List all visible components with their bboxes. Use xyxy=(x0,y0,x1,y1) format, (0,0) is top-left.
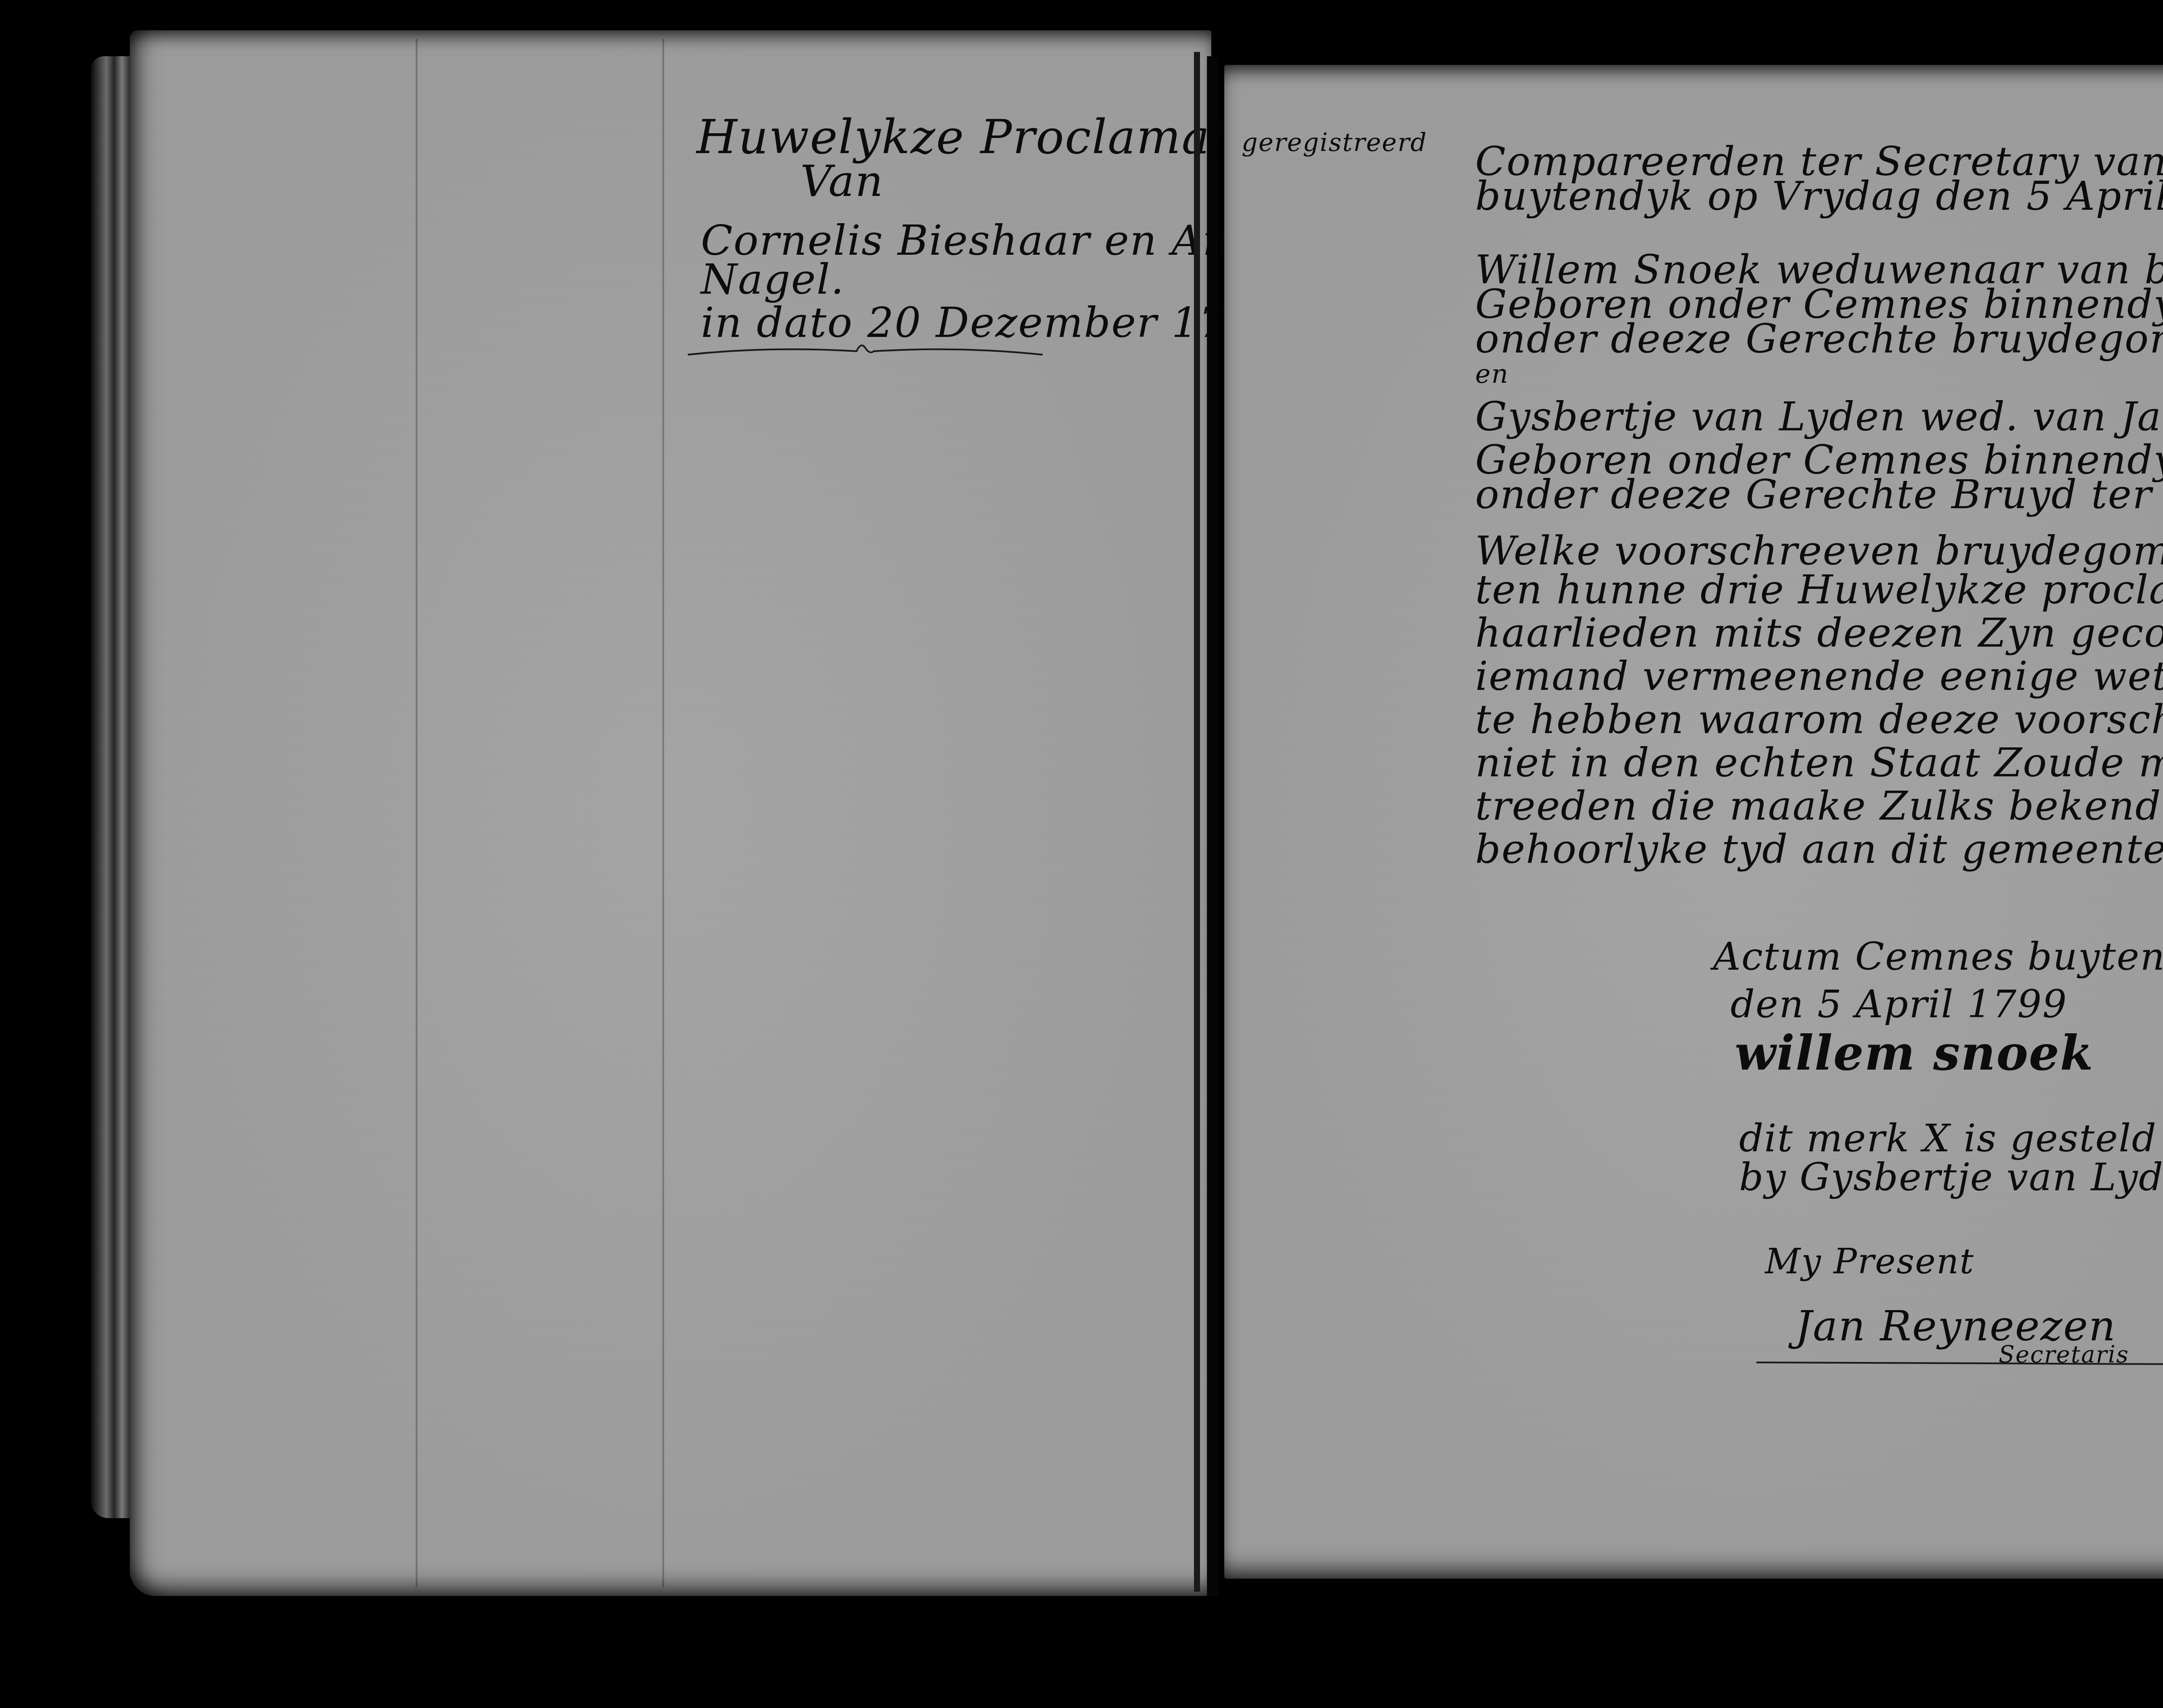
body-line: treeden die maake Zulks bekend binnen xyxy=(1475,783,2163,829)
body-line: onder deeze Gerechte Bruyd ter ander Zyd… xyxy=(1475,471,2163,518)
proclamation-title: Huwelykze Proclamatie xyxy=(696,110,1274,164)
witness-label: My Present xyxy=(1765,1241,1974,1282)
bride-mark-by: by Gysbertje van Lyden xyxy=(1739,1155,2163,1199)
paper-fold-line xyxy=(415,39,418,1587)
proclamation-van: Van xyxy=(800,156,884,206)
closing-place: Actum Cemnes buytendyk xyxy=(1713,934,2163,979)
flourish-divider-icon xyxy=(684,342,1047,359)
bride-mark-line: dit merk X is gesteld xyxy=(1739,1116,2157,1160)
body-line: Gysbertje van Lyden wed. van Jan van iss… xyxy=(1475,394,2163,440)
margin-note-registered: geregistreerd xyxy=(1242,128,1427,157)
signature-underline-icon xyxy=(1756,1354,2163,1371)
closing-date: den 5 April 1799 xyxy=(1730,982,2067,1026)
book-gutter xyxy=(1207,56,1218,1596)
page-edge xyxy=(1194,52,1200,1592)
left-page xyxy=(130,30,1211,1596)
couple-names-continued: Nagel. xyxy=(701,255,845,304)
scanned-book-spread: Huwelykze Proclamatie Van Cornelis Biesh… xyxy=(0,0,2163,1708)
body-line: buytendyk op Vrydag den 5 April 1799 xyxy=(1475,173,2163,219)
groom-signature: willem snoek xyxy=(1735,1025,2094,1081)
paper-fold-line xyxy=(662,39,664,1587)
body-line: haarlieden mits deezen Zyn geconsenteerd xyxy=(1475,610,2163,656)
body-line: en xyxy=(1475,359,1509,389)
body-line: te hebben waarom deeze voorschreeven per… xyxy=(1475,696,2163,743)
body-line: onder deeze Gerechte bruydegom ter Eenre xyxy=(1475,316,2163,362)
body-line: iemand vermeenende eenige wettige Redene… xyxy=(1475,653,2163,699)
body-line: niet in den echten Staat Zoude mogen xyxy=(1475,740,2163,786)
body-line: behoorlyke tyd aan dit gemeente Bestuur xyxy=(1475,826,2163,872)
body-line: ten hunne drie Huwelykze proclamatien di… xyxy=(1475,567,2163,613)
